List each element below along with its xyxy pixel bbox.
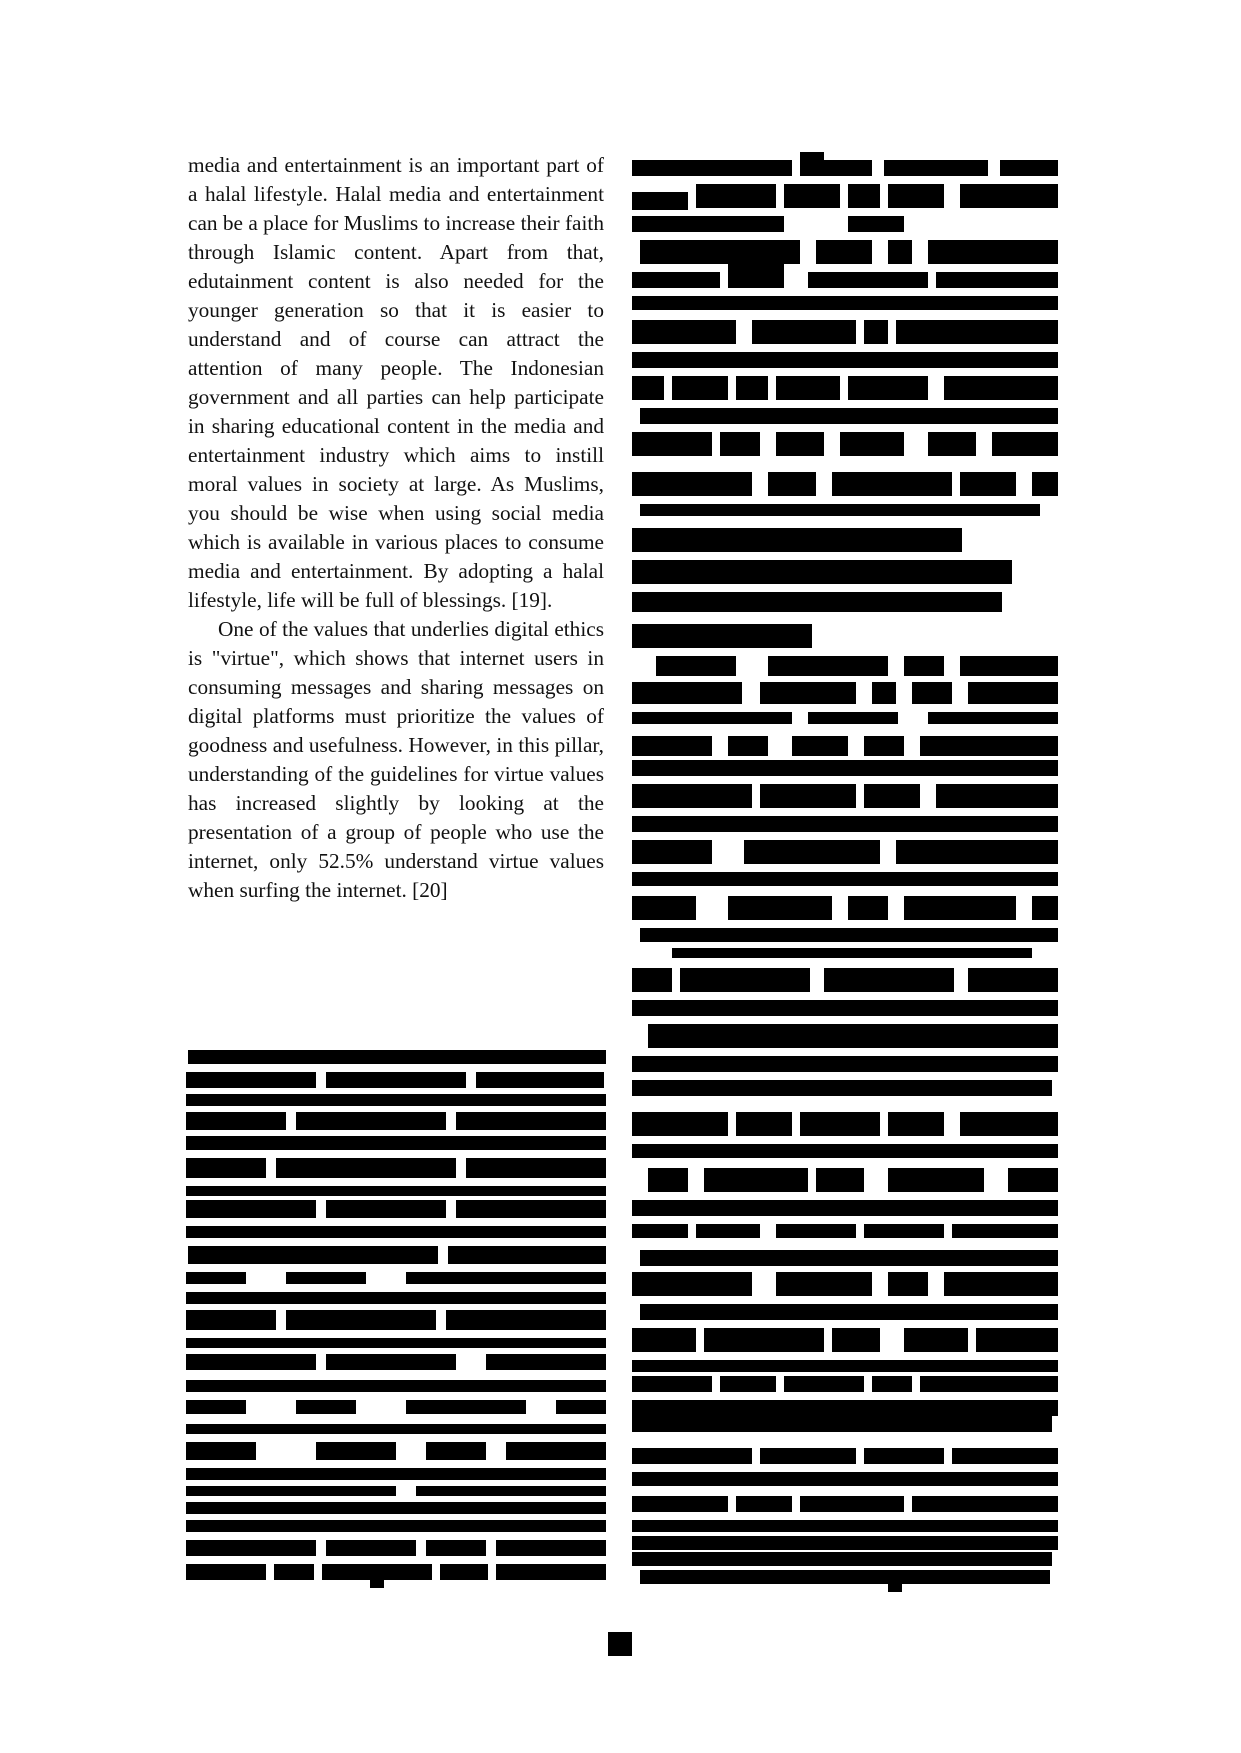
page-number-redacted	[608, 1632, 632, 1656]
paragraph-digital-ethics-virtue: One of the values that underlies digital…	[188, 615, 604, 905]
paragraph-halal-media: media and entertainment is an important …	[188, 151, 604, 615]
document-page: media and entertainment is an important …	[0, 0, 1241, 1753]
left-column: media and entertainment is an important …	[188, 151, 604, 905]
redaction-pattern-right	[632, 152, 1060, 1597]
right-redacted-block	[632, 152, 1060, 1597]
left-redacted-block	[186, 1050, 606, 1595]
redaction-pattern-left	[186, 1050, 606, 1595]
